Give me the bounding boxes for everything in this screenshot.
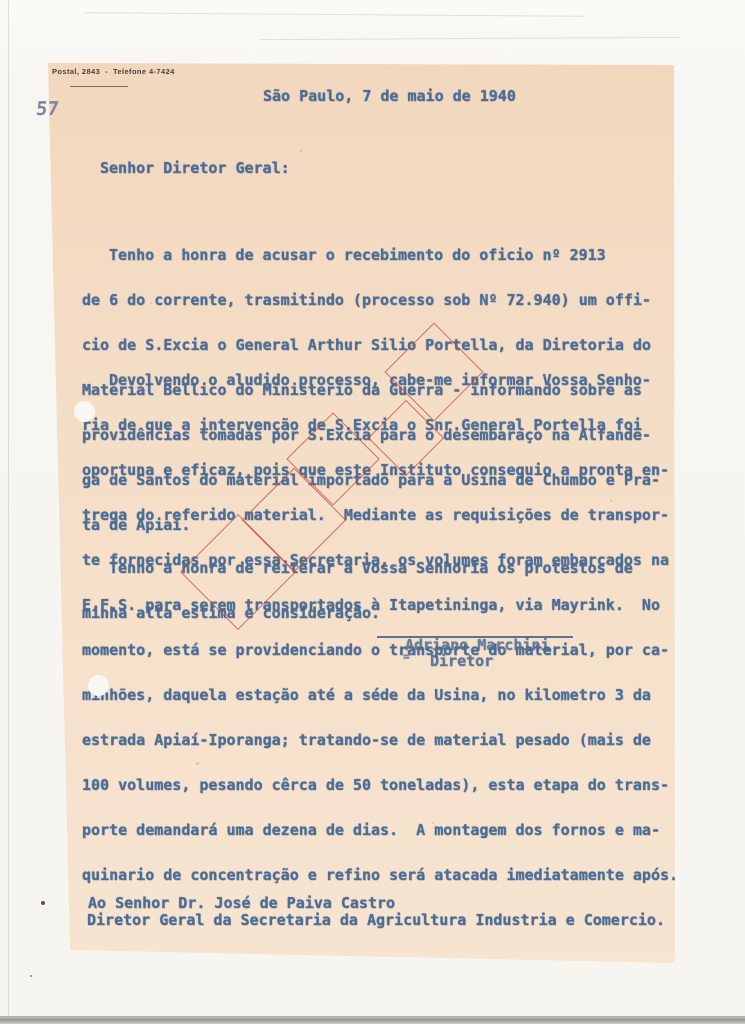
paper-speck [300,150,302,152]
typed-line: minha alta estima e consideração. [82,606,633,621]
punch-hole [88,675,109,696]
typed-line: quinario de concentração e refino será a… [82,868,678,883]
typed-line: trega do referido material. Mediante as … [82,508,678,523]
scanner-streak [260,37,680,40]
paper-speck [520,252,522,254]
salutation: Senhor Diretor Geral: [100,161,290,176]
typed-line: 100 volumes, pesando cêrca de 50 tonelad… [82,778,678,793]
dateline: São Paulo, 7 de maio de 1940 [263,89,516,104]
scanner-bottom-edge [0,1019,745,1024]
typed-line: estrada Apiaí-Iporanga; tratando-se de m… [82,733,678,748]
typed-line: de 6 do corrente, trasmitindo (processo … [82,293,660,308]
paragraph-3: Tenho a honra de reiterar a Vossa Senhor… [82,531,633,651]
corner-number: 57 [35,98,60,120]
scanner-speck [30,975,32,977]
typed-line: porte demandará uma dezena de dias. A mo… [82,823,678,838]
paper-speck [196,762,199,765]
scanner-streak [85,12,585,16]
scanner-speck [41,901,45,905]
scanned-letter-page: Postal, 2843 - Telefone 4-7424 São Paulo… [0,0,745,1024]
punch-hole [74,401,95,422]
typed-line: minhões, daquela estação até a séde da U… [82,688,678,703]
typed-line: oportuna e eficaz, pois que este Institu… [82,463,678,478]
letter-paper: Postal, 2843 - Telefone 4-7424 São Paulo… [0,0,745,1024]
typed-line: Devolvendo o aludido processo, cabe-me i… [82,373,678,388]
typed-line: Tenho a honra de reiterar a Vossa Senhor… [82,561,633,576]
paper-speck [150,302,152,304]
recipient-name-line: Ao Senhor Dr. José de Paiva Castro [88,896,395,911]
scanner-edge-line [8,0,9,1024]
paper-speck [610,500,612,502]
recipient-title-line: Diretor Geral da Secretaria da Agricultu… [87,913,665,928]
letterhead-rule [70,86,128,87]
letterhead-print: Postal, 2843 - Telefone 4-7424 [52,67,175,76]
typed-line: Tenho a honra de acusar o recebimento do… [82,248,660,263]
signature-name: Adriano Marchini [405,638,550,653]
paper-speck [560,700,562,702]
signature-dash-mark: = [403,649,410,664]
paper-speck [432,822,434,824]
signature-title: Diretor [430,654,493,669]
